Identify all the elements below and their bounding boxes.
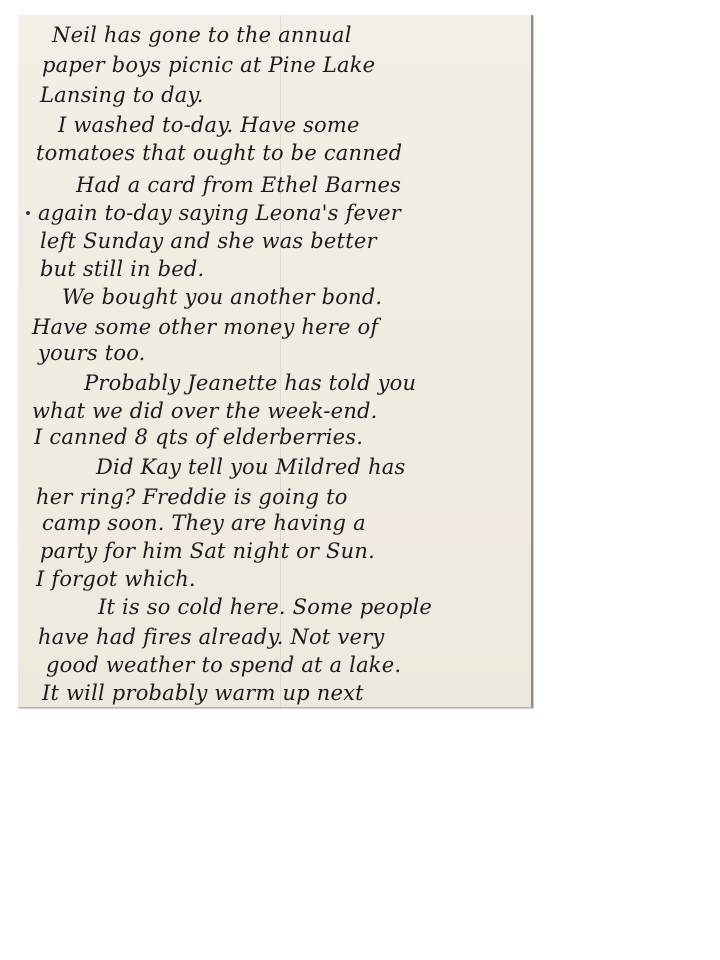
handwritten-line: Did Kay tell you Mildred has [96, 455, 406, 479]
handwritten-line: Lansing to day. [40, 83, 204, 107]
handwritten-line: what we did over the week-end. [32, 399, 378, 423]
handwritten-line: Probably Jeanette has told you [84, 371, 416, 395]
handwritten-line: We bought you another bond. [62, 285, 382, 309]
handwritten-line: paper boys picnic at Pine Lake [42, 53, 375, 77]
handwritten-line: I canned 8 qts of elderberries. [34, 425, 363, 449]
letter-page: Neil has gone to the annualpaper boys pi… [18, 15, 533, 708]
handwritten-line: I forgot which. [36, 567, 196, 591]
handwritten-line: Have some other money here of [32, 315, 378, 339]
handwritten-line: again to-day saying Leona's fever [38, 201, 401, 225]
handwritten-line: I washed to-day. Have some [58, 113, 360, 137]
handwritten-line: but still in bed. [40, 257, 204, 281]
handwritten-line: left Sunday and she was better [40, 229, 377, 253]
handwritten-line: have had fires already. Not very [38, 625, 384, 649]
handwritten-line: good weather to spend at a lake. [46, 653, 401, 677]
handwritten-line: Had a card from Ethel Barnes [76, 173, 401, 197]
handwritten-line: Neil has gone to the annual [52, 23, 352, 47]
handwritten-line: tomatoes that ought to be canned [36, 141, 402, 165]
ink-mark [26, 211, 30, 215]
handwritten-line: camp soon. They are having a [42, 511, 366, 535]
handwritten-line: party for him Sat night or Sun. [40, 539, 375, 563]
handwritten-line: It is so cold here. Some people [98, 595, 432, 619]
handwritten-line: yours too. [38, 341, 146, 365]
handwritten-line: It will probably warm up next [42, 681, 364, 705]
handwritten-line: her ring? Freddie is going to [36, 485, 348, 509]
